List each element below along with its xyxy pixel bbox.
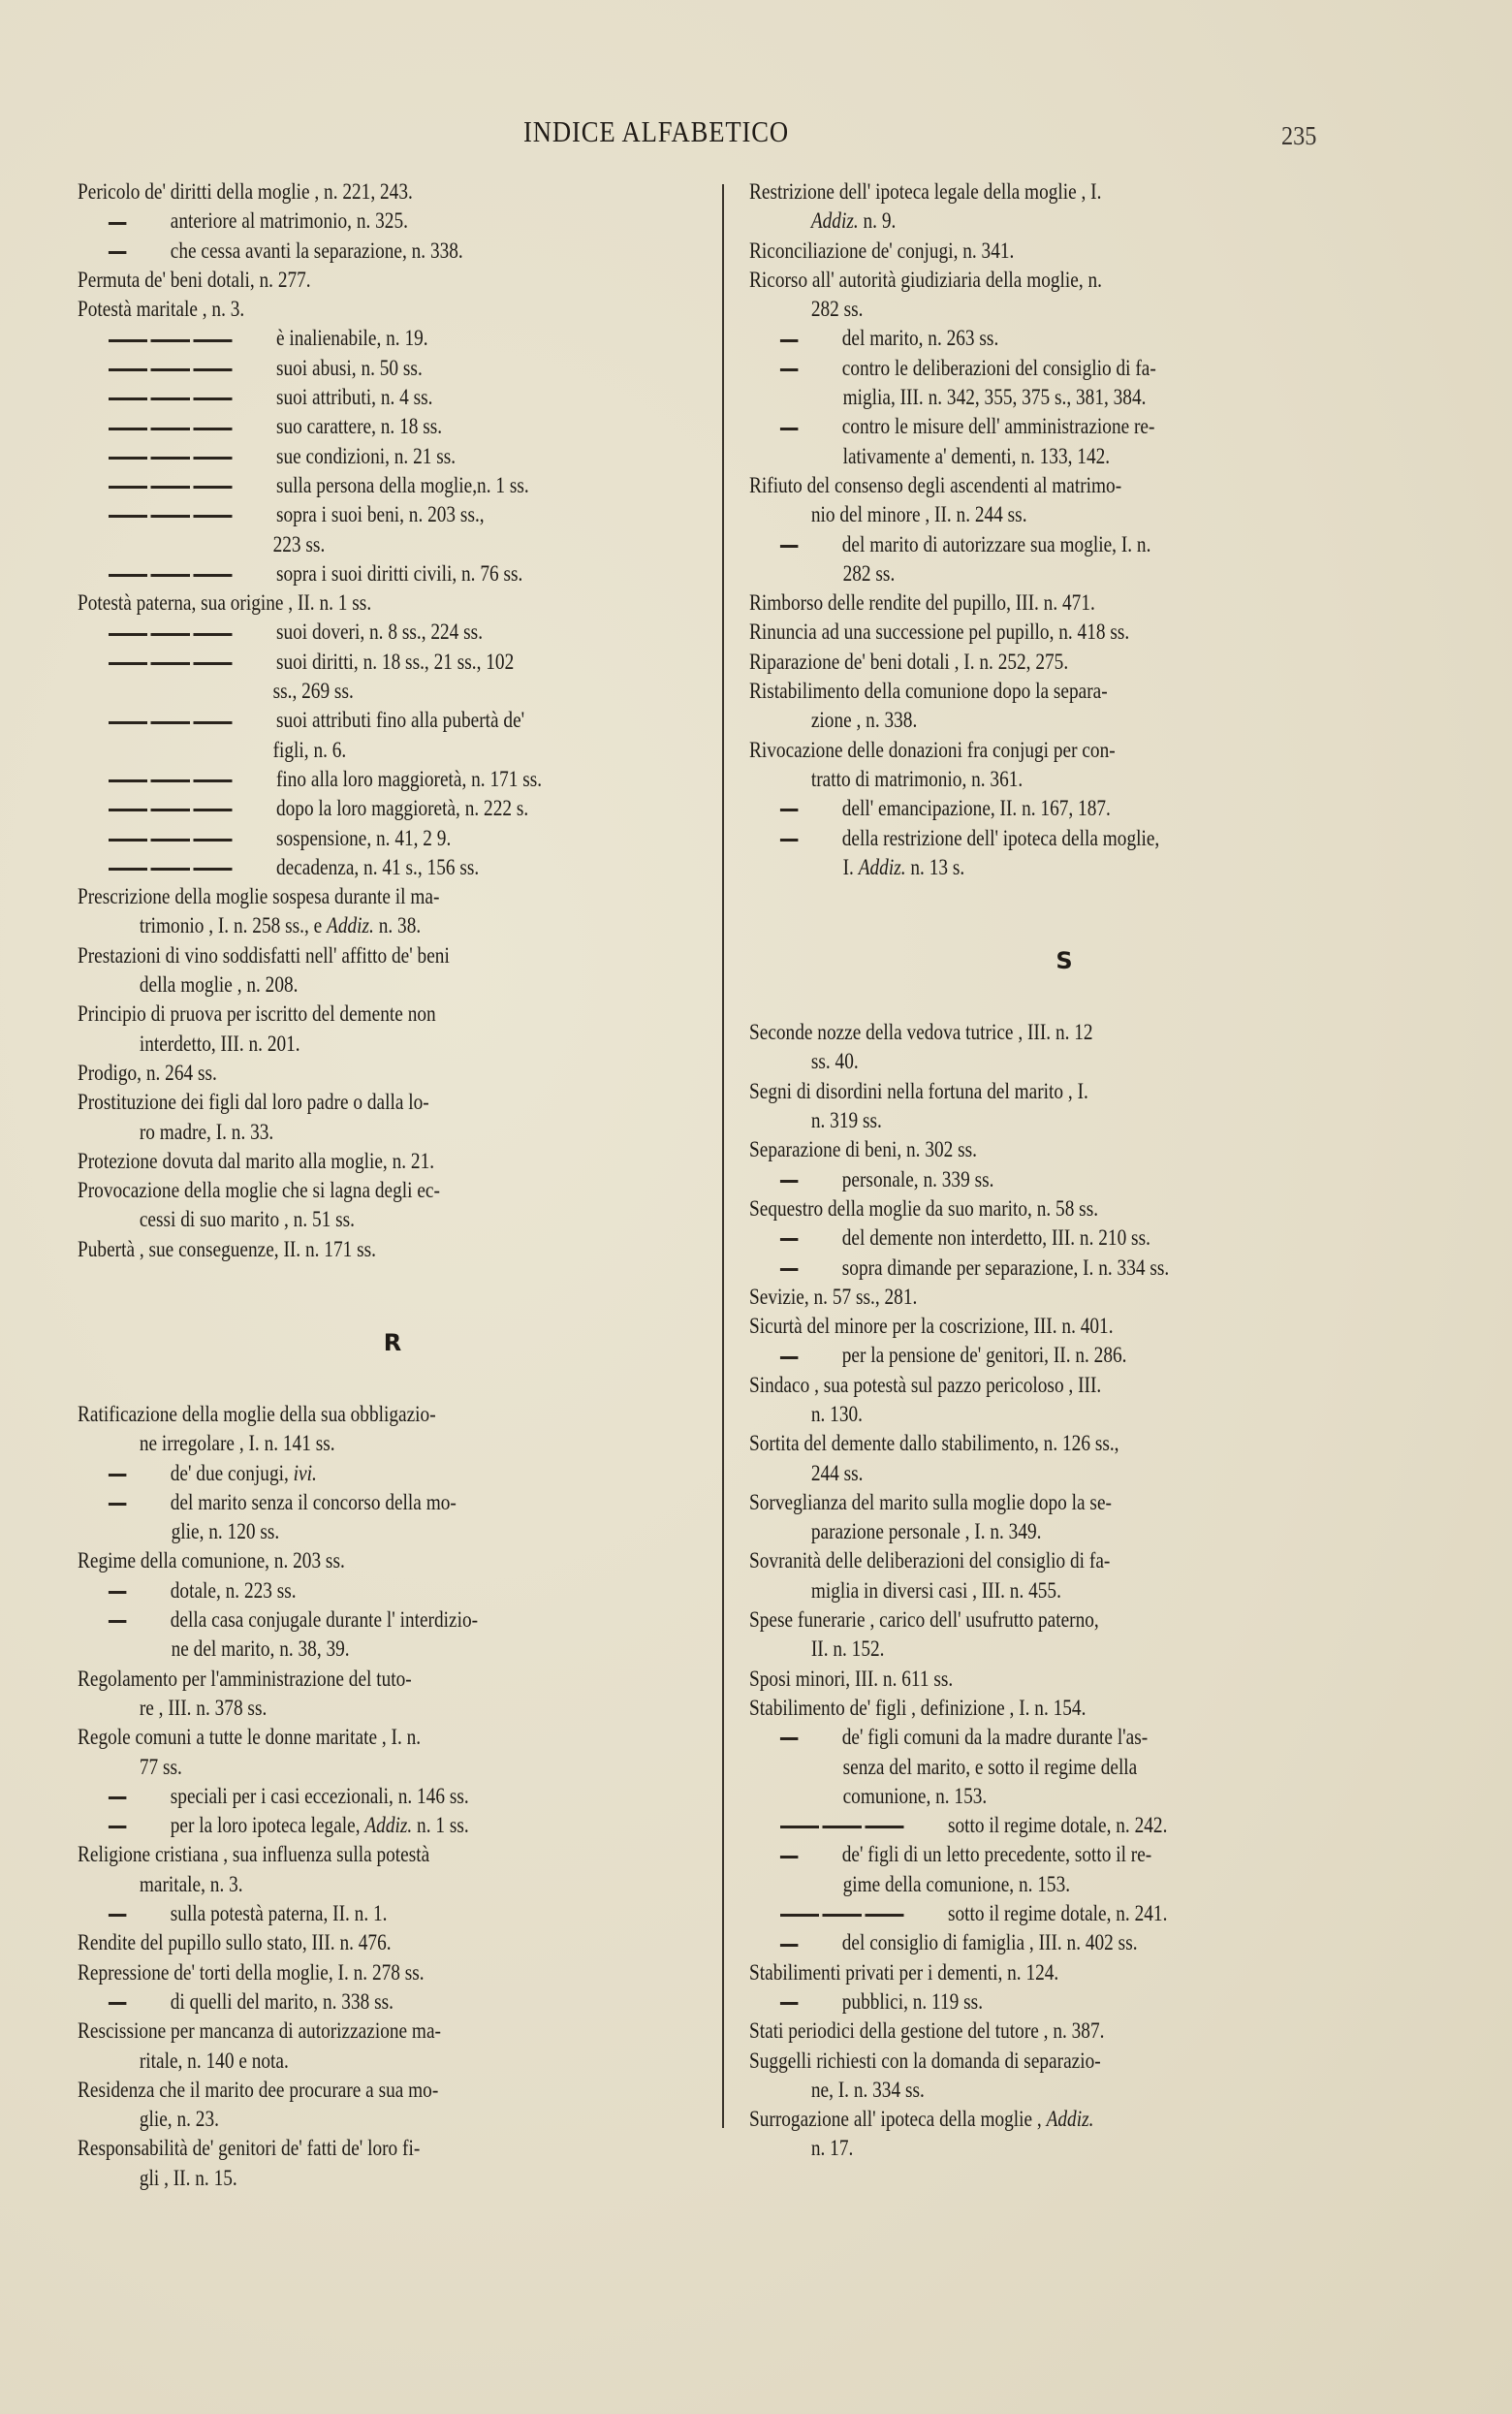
sub-entry-text: per la loro ipoteca legale, Addiz. n. 1 … [171,1813,469,1837]
sub-entry: sulla potestà paterna, II. n. 1. [78,1899,607,1928]
entry-heading: Sposi minori, III. n. 611 ss. [749,1665,1278,1694]
repeat-long-dash-icon [780,1826,905,1828]
index-entry: personale, n. 339 ss. [749,1165,1379,1194]
entry-heading: Seconde nozze della vedova tutrice , III… [749,1018,1278,1047]
entry-heading: Sortita del demente dallo stabilimento, … [749,1429,1278,1458]
index-entry: Prostituzione dei figli dal loro padre o… [78,1088,708,1147]
entry-continuation: re , III. n. 378 ss. [78,1694,607,1723]
page-number: 235 [1281,121,1316,151]
sub-entry-text: pubblici, n. 119 ss. [842,1989,983,2014]
repeat-dash-icon [109,2002,126,2005]
entry-continuation: gli , II. n. 15. [78,2164,607,2193]
sub-entry: contro le misure dell' amministrazione r… [749,412,1278,441]
entry-heading: Rendite del pupillo sullo stato, III. n.… [78,1928,607,1957]
sub-entry-text: del demente non interdetto, III. n. 210 … [842,1225,1150,1250]
entry-continuation: miglia in diversi casi , III. n. 455. [749,1576,1278,1605]
index-entry: suoi attributi fino alla pubertà de'figl… [78,706,708,765]
sub-entry: del marito, n. 263 ss. [749,324,1278,353]
sub-sub-entry-text: sospensione, n. 41, 2 9. [276,826,451,850]
repeat-long-dash-icon [109,368,234,371]
sub-entry-text: dell' emancipazione, II. n. 167, 187. [842,796,1111,820]
index-entry: sue condizioni, n. 21 ss. [78,442,708,471]
sub-entry-text: contro le misure dell' amministrazione r… [842,414,1155,438]
entry-heading: Stati periodici della gestione del tutor… [749,2017,1278,2046]
repeat-dash-icon [780,1356,798,1359]
entry-heading: Repressione de' torti della moglie, I. n… [78,1958,607,1987]
index-entry: dell' emancipazione, II. n. 167, 187. [749,794,1379,823]
entry-heading: Prescrizione della moglie sospesa durant… [78,882,607,911]
entry-continuation: n. 319 ss. [749,1106,1278,1135]
entry-heading: Spese funerarie , carico dell' usufrutto… [749,1605,1278,1635]
sub-entry-continuation: glie, n. 120 ss. [78,1517,607,1546]
sub-sub-entry-text: suoi abusi, n. 50 ss. [276,356,423,380]
index-entry: Regole comuni a tutte le donne maritate … [78,1723,708,1782]
entry-continuation: 77 ss. [78,1753,607,1782]
repeat-dash-icon [109,1503,126,1506]
entry-continuation: n. 17. [749,2134,1278,2163]
page-header: INDICE ALFABETICO 235 [0,114,1512,153]
index-entry: suoi attributi, n. 4 ss. [78,383,708,412]
entry-heading: Ricorso all' autorità giudiziaria della … [749,266,1278,295]
index-entry: suoi abusi, n. 50 ss. [78,354,708,383]
repeat-long-dash-icon [109,428,234,430]
entry-continuation: 282 ss. [749,295,1278,324]
entry-heading: Rinuncia ad una successione pel pupillo,… [749,618,1278,647]
sub-entry-text: che cessa avanti la separazione, n. 338. [171,238,463,263]
sub-entry-text: de' figli di un letto precedente, sotto … [842,1842,1151,1866]
repeat-dash-icon [109,1620,126,1623]
entries-s: Seconde nozze della vedova tutrice , III… [749,1018,1379,2164]
index-entry: sotto il regime dotale, n. 242. [749,1811,1379,1840]
sub-sub-entry: suo carattere, n. 18 ss. [78,412,607,441]
sub-entry: di quelli del marito, n. 338 ss. [78,1987,607,2017]
repeat-dash-icon [780,1238,798,1241]
repeat-dash-icon [780,1180,798,1183]
sub-sub-entry: sopra i suoi beni, n. 203 ss., [78,500,607,529]
entry-heading: Prodigo, n. 264 ss. [78,1059,607,1088]
index-entry: pubblici, n. 119 ss. [749,1987,1379,2017]
entry-heading: Sindaco , sua potestà sul pazzo pericolo… [749,1371,1278,1400]
entry-continuation: ne irregolare , I. n. 141 ss. [78,1429,607,1458]
index-entry: è inalienabile, n. 19. [78,324,708,353]
index-entry: Ricorso all' autorità giudiziaria della … [749,266,1379,325]
sub-entry: dotale, n. 223 ss. [78,1576,607,1605]
repeat-dash-icon [780,339,798,342]
sub-entry: anteriore al matrimonio, n. 325. [78,206,607,236]
repeat-dash-icon [780,809,798,811]
sub-sub-entry-text: suo carattere, n. 18 ss. [276,414,442,438]
entry-continuation: Addiz. n. 9. [749,206,1278,236]
entry-heading: Regolamento per l'amministrazione del tu… [78,1665,607,1694]
repeat-dash-icon [109,1826,126,1828]
entry-continuation: della moglie , n. 208. [78,970,607,1000]
sub-sub-entry-text: suoi attributi fino alla pubertà de' [276,708,524,732]
entry-heading: Separazione di beni, n. 302 ss. [749,1135,1278,1164]
entry-heading: Pubertà , sue conseguenze, II. n. 171 ss… [78,1235,607,1264]
entry-continuation: interdetto, III. n. 201. [78,1030,607,1059]
index-entry: contro le misure dell' amministrazione r… [749,412,1379,471]
sub-entry: del marito senza il concorso della mo- [78,1488,607,1517]
repeat-long-dash-icon [109,779,234,782]
index-entry: suoi doveri, n. 8 ss., 224 ss. [78,618,708,647]
sub-entry-text: sulla potestà paterna, II. n. 1. [171,1901,388,1925]
repeat-dash-icon [780,2002,798,2005]
sub-sub-entry: suoi attributi, n. 4 ss. [78,383,607,412]
sub-entry: de' figli comuni da la madre durante l'a… [749,1723,1278,1752]
index-entry: Religione cristiana , sua influenza sull… [78,1840,708,1899]
index-entry: Sposi minori, III. n. 611 ss. [749,1665,1379,1694]
index-entry: anteriore al matrimonio, n. 325. [78,206,708,236]
entry-heading: Sequestro della moglie da suo marito, n.… [749,1194,1278,1223]
index-entry: sulla potestà paterna, II. n. 1. [78,1899,708,1928]
entry-heading: Regime della comunione, n. 203 ss. [78,1546,607,1575]
repeat-long-dash-icon [109,633,234,636]
sub-sub-entry-text: suoi diritti, n. 18 ss., 21 ss., 102 [276,650,514,674]
entry-heading: Rifiuto del consenso degli ascendenti al… [749,471,1278,500]
entry-heading: Sevizie, n. 57 ss., 281. [749,1283,1278,1312]
index-entry: Restrizione dell' ipoteca legale della m… [749,177,1379,237]
index-entry: Riparazione de' beni dotali , I. n. 252,… [749,648,1379,677]
index-entry: sopra i suoi beni, n. 203 ss.,223 ss. [78,500,708,559]
entry-continuation: ss. 40. [749,1047,1278,1076]
index-entry: de' due conjugi, ivi. [78,1459,708,1488]
right-column: Restrizione dell' ipoteca legale della m… [749,177,1379,2164]
index-entry: sopra i suoi diritti civili, n. 76 ss. [78,559,708,588]
index-entry: Responsabilità de' genitori de' fatti de… [78,2134,708,2193]
entry-continuation: n. 130. [749,1400,1278,1429]
index-entry: Sicurtà del minore per la coscrizione, I… [749,1312,1379,1341]
entry-heading: Segni di disordini nella fortuna del mar… [749,1077,1278,1106]
index-entry: Separazione di beni, n. 302 ss. [749,1135,1379,1164]
entry-heading: Protezione dovuta dal marito alla moglie… [78,1147,607,1176]
index-entry: Principio di pruova per iscritto del dem… [78,1000,708,1059]
sub-sub-entry-text: fino alla loro maggioretà, n. 171 ss. [276,767,542,791]
index-entry: Residenza che il marito dee procurare a … [78,2076,708,2135]
entry-heading: Sovranità delle deliberazioni del consig… [749,1546,1278,1575]
index-entry: che cessa avanti la separazione, n. 338. [78,237,708,266]
index-entry: Potestà maritale , n. 3. [78,295,708,324]
sub-sub-entry: sotto il regime dotale, n. 241. [749,1899,1278,1928]
sub-sub-entry-text: sulla persona della moglie,n. 1 ss. [276,473,529,497]
sub-entry-text: della restrizione dell' ipoteca della mo… [842,826,1160,850]
index-entry: Rivocazione delle donazioni fra conjugi … [749,736,1379,795]
repeat-dash-icon [109,251,126,254]
index-entry: de' figli comuni da la madre durante l'a… [749,1723,1379,1811]
entry-continuation: maritale, n. 3. [78,1870,607,1899]
index-entry: Surrogazione all' ipoteca della moglie ,… [749,2105,1379,2164]
index-entry: Rescissione per mancanza di autorizzazio… [78,2017,708,2076]
entry-heading: Stabilimenti privati per i dementi, n. 1… [749,1958,1278,1987]
entry-heading: Prostituzione dei figli dal loro padre o… [78,1088,607,1117]
index-entry: Pubertà , sue conseguenze, II. n. 171 ss… [78,1235,708,1264]
sub-entry: che cessa avanti la separazione, n. 338. [78,237,607,266]
index-entry: Pericolo de' diritti della moglie , n. 2… [78,177,708,206]
repeat-dash-icon [109,1914,126,1917]
repeat-long-dash-icon [780,1914,905,1917]
index-entry: Spese funerarie , carico dell' usufrutto… [749,1605,1379,1665]
index-entry: del marito senza il concorso della mo-gl… [78,1488,708,1547]
index-entry: Prescrizione della moglie sospesa durant… [78,882,708,941]
sub-entry-text: di quelli del marito, n. 338 ss. [171,1989,394,2014]
index-entry: del demente non interdetto, III. n. 210 … [749,1223,1379,1253]
entry-continuation: ro madre, I. n. 33. [78,1118,607,1147]
sub-entry-text: contro le deliberazioni del consiglio di… [842,356,1156,380]
repeat-long-dash-icon [109,721,234,724]
index-entry: Stati periodici della gestione del tutor… [749,2017,1379,2046]
entry-continuation: parazione personale , I. n. 349. [749,1517,1278,1546]
sub-sub-entry-text: sotto il regime dotale, n. 241. [948,1901,1167,1925]
index-entry: contro le deliberazioni del consiglio di… [749,354,1379,413]
index-entry: Sindaco , sua potestà sul pazzo pericolo… [749,1371,1379,1430]
repeat-long-dash-icon [109,515,234,518]
index-entry: Prestazioni di vino soddisfatti nell' af… [78,941,708,1001]
repeat-long-dash-icon [109,339,234,342]
index-entry: Stabilimenti privati per i dementi, n. 1… [749,1958,1379,1987]
section-heading-s: S [749,917,1379,1004]
sub-entry-continuation: I. Addiz. n. 13 s. [749,853,1278,882]
index-entry: Ristabilimento della comunione dopo la s… [749,677,1379,736]
entry-heading: Rimborso delle rendite del pupillo, III.… [749,588,1278,618]
sub-sub-entry-text: suoi attributi, n. 4 ss. [276,385,433,409]
repeat-dash-icon [780,1268,798,1271]
entry-heading: Permuta de' beni dotali, n. 277. [78,266,607,295]
sub-entry-text: per la pensione de' genitori, II. n. 286… [842,1343,1127,1367]
entry-continuation: cessi di suo marito , n. 51 ss. [78,1205,607,1234]
repeat-long-dash-icon [109,486,234,489]
sub-entry-text: de' due conjugi, ivi. [171,1461,317,1485]
sub-sub-entry-text: sue condizioni, n. 21 ss. [276,444,456,468]
entries-r-continued: Restrizione dell' ipoteca legale della m… [749,177,1379,882]
entry-heading: Provocazione della moglie che si lagna d… [78,1176,607,1205]
sub-sub-entry: sotto il regime dotale, n. 242. [749,1811,1278,1840]
entry-heading: Stabilimento de' figli , definizione , I… [749,1694,1278,1723]
sub-entry: del demente non interdetto, III. n. 210 … [749,1223,1278,1253]
section-heading-r: R [78,1299,708,1386]
index-entry: Rendite del pupillo sullo stato, III. n.… [78,1928,708,1957]
entry-heading: Riparazione de' beni dotali , I. n. 252,… [749,648,1278,677]
running-title: INDICE ALFABETICO [523,114,789,149]
index-entry: del marito di autorizzare sua moglie, I.… [749,530,1379,589]
entry-heading: Residenza che il marito dee procurare a … [78,2076,607,2105]
sub-sub-entry: suoi doveri, n. 8 ss., 224 ss. [78,618,607,647]
entry-continuation: 244 ss. [749,1459,1278,1488]
sub-entry: pubblici, n. 119 ss. [749,1987,1278,2017]
sub-sub-entry: fino alla loro maggioretà, n. 171 ss. [78,765,607,794]
index-entry: Rifiuto del consenso degli ascendenti al… [749,471,1379,530]
repeat-long-dash-icon [109,397,234,400]
sub-entry: contro le deliberazioni del consiglio di… [749,354,1278,383]
index-entry: della casa conjugale durante l' interdiz… [78,1605,708,1665]
sub-sub-entry: suoi abusi, n. 50 ss. [78,354,607,383]
sub-sub-entry: suoi attributi fino alla pubertà de' [78,706,607,735]
sub-sub-entry: decadenza, n. 41 s., 156 ss. [78,853,607,882]
sub-entry: della restrizione dell' ipoteca della mo… [749,824,1278,853]
sub-entry-text: del marito senza il concorso della mo- [171,1490,457,1514]
entry-heading: Riconciliazione de' conjugi, n. 341. [749,237,1278,266]
sub-sub-entry-text: decadenza, n. 41 s., 156 ss. [276,855,479,879]
sub-entry-text: del consiglio di famiglia , III. n. 402 … [842,1930,1138,1954]
index-entry: del marito, n. 263 ss. [749,324,1379,353]
index-entry: Regolamento per l'amministrazione del tu… [78,1665,708,1724]
sub-sub-entry-text: dopo la loro maggioretà, n. 222 s. [276,796,528,820]
left-column: Pericolo de' diritti della moglie , n. 2… [78,177,708,2193]
index-entry: Sorveglianza del marito sulla moglie dop… [749,1488,1379,1547]
entry-continuation: II. n. 152. [749,1635,1278,1664]
entry-heading: Suggelli richiesti con la domanda di sep… [749,2047,1278,2076]
index-entry: Sevizie, n. 57 ss., 281. [749,1283,1379,1312]
index-entry: Permuta de' beni dotali, n. 277. [78,266,708,295]
sub-entry-text: dotale, n. 223 ss. [171,1578,297,1603]
entry-heading: Potestà maritale , n. 3. [78,295,607,324]
index-entry: per la pensione de' genitori, II. n. 286… [749,1341,1379,1370]
entry-heading: Surrogazione all' ipoteca della moglie ,… [749,2105,1278,2134]
sub-entry-text: speciali per i casi eccezionali, n. 146 … [171,1784,469,1808]
sub-sub-entry-continuation: 223 ss. [78,530,607,559]
entry-continuation: ne, I. n. 334 ss. [749,2076,1278,2105]
entry-heading: Pericolo de' diritti della moglie , n. 2… [78,177,607,206]
sub-sub-entry: sopra i suoi diritti civili, n. 76 ss. [78,559,607,588]
sub-entry-text: de' figli comuni da la madre durante l'a… [842,1725,1148,1749]
entry-heading: Sicurtà del minore per la coscrizione, I… [749,1312,1278,1341]
sub-sub-entry-text: sopra i suoi beni, n. 203 ss., [276,502,485,526]
sub-entry: sopra dimande per separazione, I. n. 334… [749,1254,1278,1283]
entry-heading: Ratificazione della moglie della sua obb… [78,1400,607,1429]
entry-heading: Ristabilimento della comunione dopo la s… [749,677,1278,706]
index-entry: dopo la loro maggioretà, n. 222 s. [78,794,708,823]
sub-sub-entry: è inalienabile, n. 19. [78,324,607,353]
index-entry: dotale, n. 223 ss. [78,1576,708,1605]
index-entry: di quelli del marito, n. 338 ss. [78,1987,708,2017]
entry-heading: Rivocazione delle donazioni fra conjugi … [749,736,1278,765]
sub-entry-text: anteriore al matrimonio, n. 325. [171,208,408,233]
sub-sub-entry-text: è inalienabile, n. 19. [276,326,428,350]
entry-continuation: glie, n. 23. [78,2105,607,2134]
entries-p: Pericolo de' diritti della moglie , n. 2… [78,177,708,1264]
entry-heading: Principio di pruova per iscritto del dem… [78,1000,607,1029]
index-entry: sopra dimande per separazione, I. n. 334… [749,1254,1379,1283]
sub-entry: del consiglio di famiglia , III. n. 402 … [749,1928,1278,1957]
entry-continuation: tratto di matrimonio, n. 361. [749,765,1278,794]
entry-continuation: ritale, n. 140 e nota. [78,2047,607,2076]
repeat-long-dash-icon [109,868,234,871]
sub-entry-text: del marito, n. 263 ss. [842,326,999,350]
repeat-dash-icon [109,1796,126,1799]
sub-sub-entry: sulla persona della moglie,n. 1 ss. [78,471,607,500]
index-entry: Rinuncia ad una successione pel pupillo,… [749,618,1379,647]
repeat-dash-icon [780,1944,798,1947]
index-entry: suo carattere, n. 18 ss. [78,412,708,441]
index-entry: Suggelli richiesti con la domanda di sep… [749,2047,1379,2106]
sub-sub-entry: sue condizioni, n. 21 ss. [78,442,607,471]
index-entry: Potestà paterna, sua origine , II. n. 1 … [78,588,708,618]
repeat-dash-icon [109,222,126,225]
index-entry: Segni di disordini nella fortuna del mar… [749,1077,1379,1136]
sub-entry: speciali per i casi eccezionali, n. 146 … [78,1782,607,1811]
repeat-long-dash-icon [109,839,234,842]
index-entry: sospensione, n. 41, 2 9. [78,824,708,853]
sub-entry-continuation: comunione, n. 153. [749,1782,1278,1811]
sub-entry-continuation: lativamente a' dementi, n. 133, 142. [749,442,1278,471]
entry-heading: Regole comuni a tutte le donne maritate … [78,1723,607,1752]
sub-entry-text: sopra dimande per separazione, I. n. 334… [842,1255,1169,1280]
entry-continuation: zione , n. 338. [749,706,1278,735]
sub-sub-entry-continuation: ss., 269 ss. [78,677,607,706]
entry-heading: Sorveglianza del marito sulla moglie dop… [749,1488,1278,1517]
sub-sub-entry-text: sopra i suoi diritti civili, n. 76 ss. [276,561,522,586]
index-entry: sotto il regime dotale, n. 241. [749,1899,1379,1928]
sub-sub-entry: sospensione, n. 41, 2 9. [78,824,607,853]
entry-heading: Religione cristiana , sua influenza sull… [78,1840,607,1869]
index-entry: Protezione dovuta dal marito alla moglie… [78,1147,708,1176]
sub-entry: dell' emancipazione, II. n. 167, 187. [749,794,1278,823]
sub-sub-entry-continuation: figli, n. 6. [78,736,607,765]
entry-continuation: nio del minore , II. n. 244 ss. [749,500,1278,529]
index-entry: Stabilimento de' figli , definizione , I… [749,1694,1379,1723]
sub-entry-text: del marito di autorizzare sua moglie, I.… [842,532,1151,556]
sub-entry-text: personale, n. 339 ss. [842,1167,994,1191]
sub-entry-continuation: 282 ss. [749,559,1278,588]
column-divider [722,184,724,2128]
index-entry: Riconciliazione de' conjugi, n. 341. [749,237,1379,266]
index-entry: Sequestro della moglie da suo marito, n.… [749,1194,1379,1223]
repeat-dash-icon [780,839,798,842]
repeat-long-dash-icon [109,809,234,811]
repeat-long-dash-icon [109,662,234,665]
index-entry: suoi diritti, n. 18 ss., 21 ss., 102ss.,… [78,648,708,707]
index-entry: Regime della comunione, n. 203 ss. [78,1546,708,1575]
sub-sub-entry-text: suoi doveri, n. 8 ss., 224 ss. [276,619,483,644]
sub-entry-continuation: miglia, III. n. 342, 355, 375 s., 381, 3… [749,383,1278,412]
entry-heading: Prestazioni di vino soddisfatti nell' af… [78,941,607,970]
repeat-dash-icon [780,545,798,548]
index-entry: Provocazione della moglie che si lagna d… [78,1176,708,1235]
index-entry: speciali per i casi eccezionali, n. 146 … [78,1782,708,1811]
repeat-dash-icon [780,368,798,371]
repeat-dash-icon [780,1737,798,1740]
sub-entry: per la loro ipoteca legale, Addiz. n. 1 … [78,1811,607,1840]
sub-entry-continuation: gime della comunione, n. 153. [749,1870,1278,1899]
entry-heading: Rescissione per mancanza di autorizzazio… [78,2017,607,2046]
sub-entry: personale, n. 339 ss. [749,1165,1278,1194]
index-entry: Rimborso delle rendite del pupillo, III.… [749,588,1379,618]
index-entry: per la loro ipoteca legale, Addiz. n. 1 … [78,1811,708,1840]
sub-entry-text: della casa conjugale durante l' interdiz… [171,1607,478,1632]
index-entry: sulla persona della moglie,n. 1 ss. [78,471,708,500]
entry-continuation: trimonio , I. n. 258 ss., e Addiz. n. 38… [78,911,607,940]
sub-sub-entry-text: sotto il regime dotale, n. 242. [948,1813,1167,1837]
sub-entry: della casa conjugale durante l' interdiz… [78,1605,607,1635]
index-entry: Sortita del demente dallo stabilimento, … [749,1429,1379,1488]
repeat-long-dash-icon [109,574,234,577]
index-entry: del consiglio di famiglia , III. n. 402 … [749,1928,1379,1957]
entry-heading: Potestà paterna, sua origine , II. n. 1 … [78,588,607,618]
entries-r: Ratificazione della moglie della sua obb… [78,1400,708,2193]
index-entry: decadenza, n. 41 s., 156 ss. [78,853,708,882]
sub-sub-entry: dopo la loro maggioretà, n. 222 s. [78,794,607,823]
repeat-dash-icon [780,428,798,430]
index-entry: de' figli di un letto precedente, sotto … [749,1840,1379,1899]
repeat-dash-icon [109,1591,126,1594]
sub-entry: del marito di autorizzare sua moglie, I.… [749,530,1278,559]
sub-entry-continuation: senza del marito, e sotto il regime dell… [749,1753,1278,1782]
sub-entry: per la pensione de' genitori, II. n. 286… [749,1341,1278,1370]
sub-sub-entry: suoi diritti, n. 18 ss., 21 ss., 102 [78,648,607,677]
index-entry: Sovranità delle deliberazioni del consig… [749,1546,1379,1605]
repeat-dash-icon [109,1474,126,1477]
sub-entry: de' figli di un letto precedente, sotto … [749,1840,1278,1869]
index-entry: Ratificazione della moglie della sua obb… [78,1400,708,1459]
entry-heading: Responsabilità de' genitori de' fatti de… [78,2134,607,2163]
